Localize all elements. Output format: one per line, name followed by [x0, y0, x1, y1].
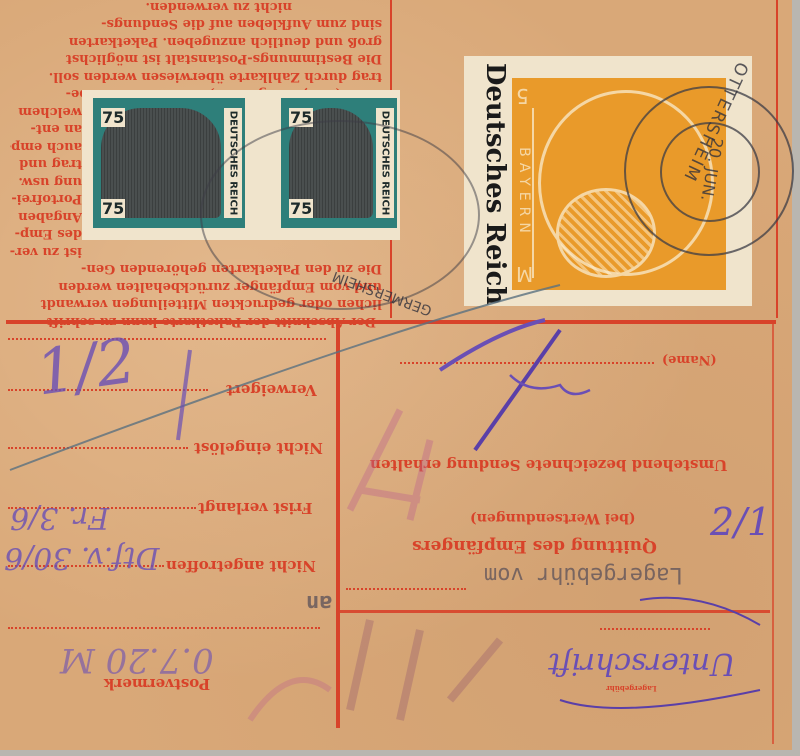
handwriting-strokes: [0, 0, 800, 756]
parcel-card: Der Abschnitt der Paketkarte kann zu sch…: [0, 0, 792, 750]
